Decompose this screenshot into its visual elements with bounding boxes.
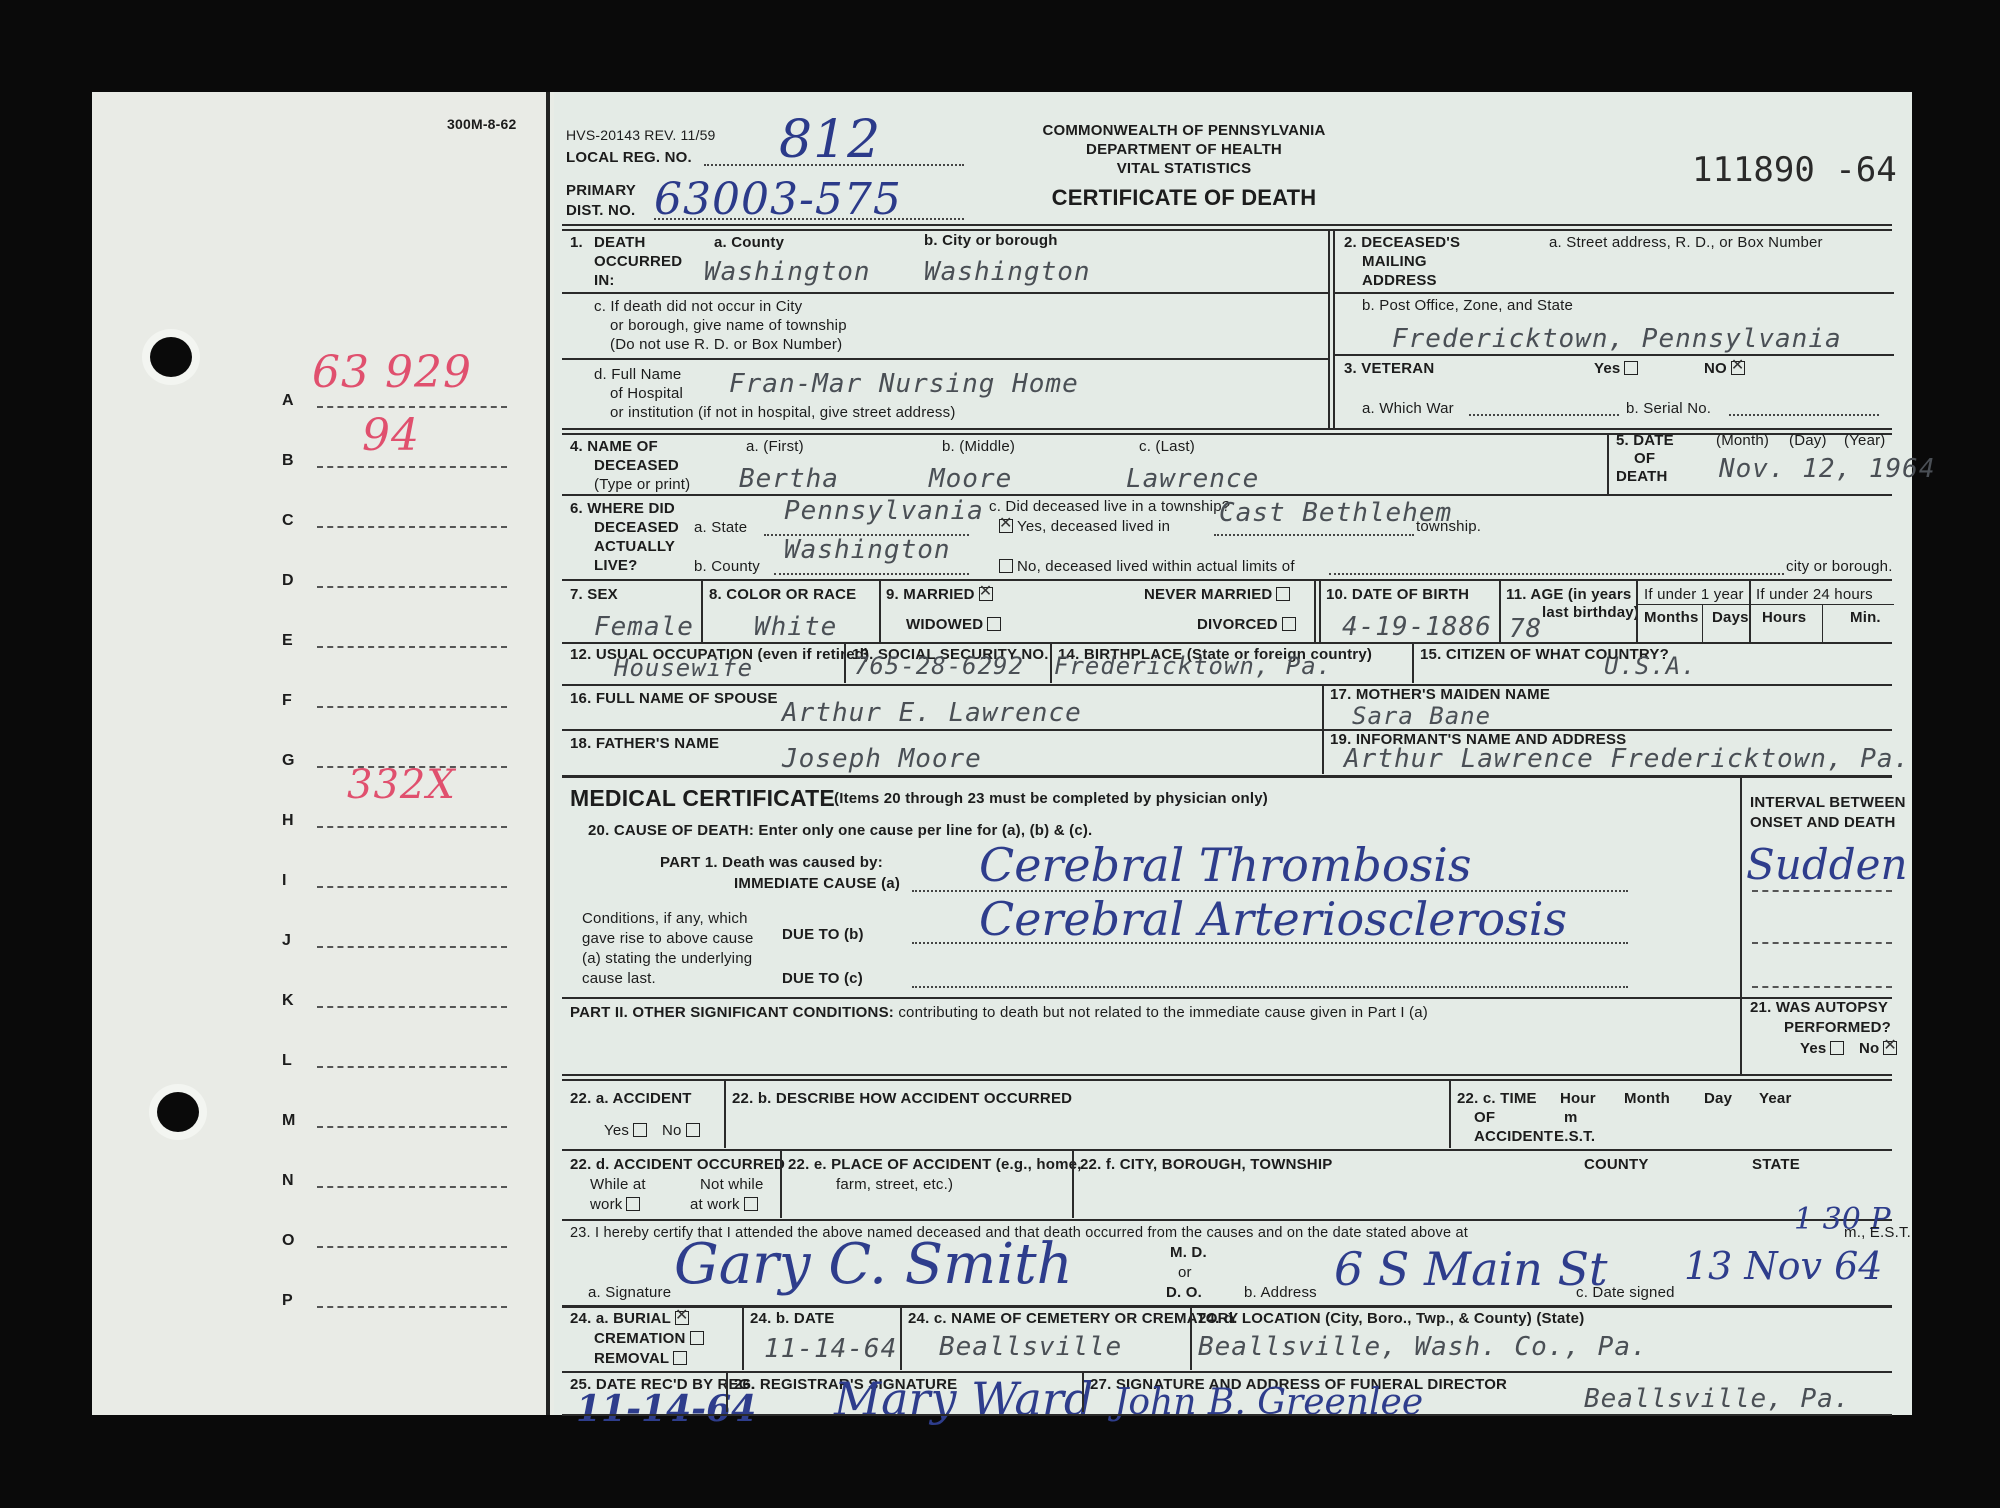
burial-date-value: 11-14-64: [764, 1334, 897, 1364]
accident-state-label: STATE: [1752, 1156, 1800, 1174]
middle-name-value: Moore: [929, 464, 1012, 494]
stub-letter-k: K: [282, 992, 302, 1010]
index-stub: 300M-8-62 ABCDEFGHIJKLMNOP 63 929 94 332…: [92, 92, 550, 1415]
while-at-work-checkbox[interactable]: [626, 1197, 640, 1211]
accident-no[interactable]: No: [662, 1122, 700, 1140]
veteran-label: 3. VETERAN: [1344, 360, 1434, 378]
physician-signature: Gary C. Smith: [674, 1232, 1073, 1297]
township-yes-checkbox[interactable]: [999, 519, 1013, 533]
not-while-label: Not while: [700, 1176, 764, 1194]
interval-value: Sudden: [1746, 840, 1908, 889]
item2-label-2: MAILING: [1362, 253, 1427, 271]
date-received-value: 11-14-64: [576, 1388, 756, 1430]
time-suffix: m., E.S.T.: [1844, 1224, 1911, 1242]
form-number: HVS-20143 REV. 11/59: [566, 127, 716, 144]
immediate-cause-value: Cerebral Thrombosis: [979, 838, 1472, 892]
township-no[interactable]: No, deceased lived within actual limits …: [999, 558, 1295, 576]
city-label: b. City or borough: [924, 232, 1058, 250]
stub-annotation-gh: 332X: [347, 762, 456, 808]
item1-label-2: OCCURRED: [594, 253, 682, 271]
autopsy-yes-checkbox[interactable]: [1830, 1041, 1844, 1055]
removal-option[interactable]: REMOVAL: [594, 1350, 687, 1368]
death-county-value: Washington: [704, 257, 871, 287]
married-checkbox[interactable]: [979, 587, 993, 601]
certificate-title: CERTIFICATE OF DEATH: [974, 185, 1394, 211]
stub-letter-m: M: [282, 1112, 302, 1130]
item1-label-3: IN:: [594, 272, 615, 290]
item2-label: 2. DECEASED'S: [1344, 234, 1460, 252]
middle-name-label: b. (Middle): [942, 438, 1015, 456]
burial-checkbox[interactable]: [675, 1311, 689, 1325]
accident-time-label: 22. c. TIME: [1457, 1090, 1537, 1108]
age-value: 78: [1509, 614, 1542, 644]
serial-label: b. Serial No.: [1626, 400, 1711, 418]
township-instr-1: c. If death did not occur in City: [594, 298, 802, 316]
married-option[interactable]: 9. MARRIED: [886, 586, 993, 604]
autopsy-no[interactable]: No: [1859, 1040, 1897, 1058]
city-suffix: city or borough.: [1786, 558, 1893, 576]
conditions-text-2: gave rise to above cause: [582, 930, 754, 948]
mother-maiden-value: Sara Bane: [1352, 702, 1491, 730]
stub-letter-f: F: [282, 692, 302, 710]
cemetery-value: Beallsville: [939, 1332, 1122, 1362]
accident-time-label-3: ACCIDENT: [1474, 1128, 1553, 1146]
punch-hole-bottom: [157, 1092, 199, 1132]
removal-checkbox[interactable]: [673, 1351, 687, 1365]
or-label: or: [1178, 1264, 1192, 1282]
due-to-b-label: DUE TO (b): [782, 926, 864, 944]
race-value: White: [754, 612, 837, 642]
accident-occurred-label: 22. d. ACCIDENT OCCURRED: [570, 1156, 785, 1174]
item1-num: 1.: [570, 234, 583, 252]
location-label: 24. d. LOCATION (City, Boro., Twp., & Co…: [1198, 1310, 1584, 1328]
stub-letter-n: N: [282, 1172, 302, 1190]
months-label: Months: [1644, 609, 1699, 627]
accident-hour-label: Hour: [1560, 1090, 1596, 1108]
part1-label: PART 1. Death was caused by:: [660, 854, 883, 872]
cremation-option[interactable]: CREMATION: [594, 1330, 704, 1348]
stub-entry-line: [317, 406, 507, 408]
place-of-accident-label-2: farm, street, etc.): [836, 1176, 953, 1194]
accident-est-label: E.S.T.: [1554, 1128, 1595, 1146]
widowed-option[interactable]: WIDOWED: [906, 616, 1001, 634]
accident-county-label: COUNTY: [1584, 1156, 1649, 1174]
hospital-label-1: d. Full Name: [594, 366, 681, 384]
hours-label: Hours: [1762, 609, 1806, 627]
father-label: 18. FATHER'S NAME: [570, 735, 719, 753]
autopsy-no-checkbox[interactable]: [1883, 1041, 1897, 1055]
stub-letter-e: E: [282, 632, 302, 650]
stub-entry-line: [317, 526, 507, 528]
min-label: Min.: [1850, 609, 1881, 627]
accident-m-label: m: [1564, 1109, 1578, 1127]
signature-label: a. Signature: [588, 1284, 671, 1302]
divorced-checkbox[interactable]: [1282, 617, 1296, 631]
immediate-cause-label: IMMEDIATE CAUSE (a): [734, 875, 900, 893]
death-certificate-form: HVS-20143 REV. 11/59 LOCAL REG. NO. 812 …: [554, 92, 1912, 1415]
veteran-yes-checkbox[interactable]: [1624, 361, 1638, 375]
days-label: Days: [1712, 609, 1749, 627]
do-label: D. O.: [1166, 1284, 1202, 1302]
ssn-value: 765-28-6292: [854, 652, 1024, 680]
post-office-label: b. Post Office, Zone, and State: [1362, 297, 1573, 315]
township-suffix: township.: [1416, 518, 1481, 536]
part2-label: PART II. OTHER SIGNIFICANT CONDITIONS: c…: [570, 1004, 1428, 1022]
item2-label-3: ADDRESS: [1362, 272, 1437, 290]
cremation-checkbox[interactable]: [690, 1331, 704, 1345]
under-year-label: If under 1 year: [1644, 586, 1744, 604]
item5-label-3: DEATH: [1616, 468, 1668, 486]
never-married-checkbox[interactable]: [1276, 587, 1290, 601]
hospital-value: Fran-Mar Nursing Home: [729, 369, 1079, 399]
primary-dist-value: 63003-575: [654, 174, 902, 225]
date-signed-value: 13 Nov 64: [1684, 1244, 1882, 1288]
birthplace-value: Fredericktown, Pa.: [1054, 652, 1332, 680]
sex-value: Female: [594, 612, 694, 642]
item4-label-3: (Type or print): [594, 476, 690, 494]
punch-hole-top: [150, 337, 192, 377]
accident-label: 22. a. ACCIDENT: [570, 1090, 692, 1108]
md-label: M. D.: [1170, 1244, 1207, 1262]
last-name-label: c. (Last): [1139, 438, 1195, 456]
burial-date-label: 24. b. DATE: [750, 1310, 834, 1328]
under-24-label: If under 24 hours: [1756, 586, 1873, 604]
while-at-work-option[interactable]: work: [590, 1196, 640, 1214]
stub-letter-c: C: [282, 512, 302, 530]
age-label: 11. AGE (in years: [1506, 586, 1631, 604]
accident-year-label: Year: [1759, 1090, 1792, 1108]
autopsy-yes[interactable]: Yes: [1800, 1040, 1844, 1058]
residence-county-value: Washington: [784, 535, 951, 565]
funeral-director-signature: John B. Greenlee: [1114, 1382, 1423, 1423]
stub-letter-o: O: [282, 1232, 302, 1250]
dob-value: 4-19-1886: [1342, 612, 1492, 642]
certificate-number: 111890 -64: [1692, 150, 1897, 190]
war-label: a. Which War: [1362, 400, 1454, 418]
item5-label: 5. DATE: [1616, 432, 1674, 450]
item6-label-2: DECEASED: [594, 519, 679, 537]
medical-certificate-subtitle: (Items 20 through 23 must be completed b…: [834, 790, 1268, 808]
location-value: Beallsville, Wash. Co., Pa.: [1198, 1332, 1648, 1362]
conditions-text-3: (a) stating the underlying: [582, 950, 752, 968]
accident-time-label-2: OF: [1474, 1109, 1495, 1127]
stub-entry-line: [317, 1006, 507, 1008]
cemetery-label: 24. c. NAME OF CEMETERY OR CREMATORY: [908, 1310, 1238, 1328]
burial-option[interactable]: 24. a. BURIAL: [570, 1310, 689, 1328]
spouse-label: 16. FULL NAME OF SPOUSE: [570, 690, 778, 708]
stub-entry-line: [317, 946, 507, 948]
stub-entry-line: [317, 886, 507, 888]
year-label: (Year): [1844, 432, 1886, 450]
father-value: Joseph Moore: [782, 744, 982, 774]
township-instr-2: or borough, give name of township: [610, 317, 847, 335]
veteran-no[interactable]: NO: [1704, 360, 1745, 378]
accident-describe-label: 22. b. DESCRIBE HOW ACCIDENT OCCURRED: [732, 1090, 1072, 1108]
accident-month-label: Month: [1624, 1090, 1670, 1108]
stub-letter-i: I: [282, 872, 302, 890]
stub-letter-l: L: [282, 1052, 302, 1070]
veteran-yes[interactable]: Yes: [1594, 360, 1638, 378]
not-at-work-option[interactable]: at work: [690, 1196, 758, 1214]
township-yes[interactable]: Yes, deceased lived in: [999, 518, 1170, 536]
stub-letter-g: G: [282, 752, 302, 770]
item6-label-4: LIVE?: [594, 557, 638, 575]
physician-address-value: 6 S Main St: [1334, 1242, 1608, 1296]
street-label: a. Street address, R. D., or Box Number: [1549, 234, 1823, 252]
post-office-value: Fredericktown, Pennsylvania: [1392, 324, 1842, 354]
conditions-text-4: cause last.: [582, 970, 656, 988]
due-to-b-value: Cerebral Arteriosclerosis: [979, 892, 1567, 946]
stub-entry-line: [317, 1246, 507, 1248]
stub-entry-line: [317, 466, 507, 468]
township-question: c. Did deceased live in a township?: [989, 498, 1230, 516]
accident-city-label: 22. f. CITY, BOROUGH, TOWNSHIP: [1080, 1156, 1332, 1174]
item5-label-2: OF: [1634, 450, 1655, 468]
residence-state-value: Pennsylvania: [784, 496, 984, 526]
medical-certificate-title: MEDICAL CERTIFICATE: [570, 784, 835, 812]
item6-label-3: ACTUALLY: [594, 538, 675, 556]
death-city-value: Washington: [924, 257, 1091, 287]
local-reg-value: 812: [779, 110, 881, 170]
stub-entry-line: [317, 826, 507, 828]
accident-day-label: Day: [1704, 1090, 1732, 1108]
stub-entry-line: [317, 1306, 507, 1308]
stub-entry-line: [317, 646, 507, 648]
date-signed-label: c. Date signed: [1576, 1284, 1675, 1302]
conditions-text-1: Conditions, if any, which: [582, 910, 748, 928]
stub-annotation-a: 63 929: [312, 347, 472, 398]
physician-address-label: b. Address: [1244, 1284, 1317, 1302]
autopsy-label-2: PERFORMED?: [1784, 1019, 1891, 1037]
form-code: 300M-8-62: [447, 116, 517, 133]
stub-letter-p: P: [282, 1292, 302, 1310]
stub-entry-line: [317, 706, 507, 708]
not-at-work-checkbox[interactable]: [744, 1197, 758, 1211]
hospital-label-3: or institution (if not in hospital, give…: [610, 404, 956, 422]
township-instr-3: (Do not use R. D. or Box Number): [610, 336, 842, 354]
date-of-death-value: Nov. 12, 1964: [1719, 454, 1936, 484]
stub-letter-b: B: [282, 452, 302, 470]
place-of-accident-label: 22. e. PLACE OF ACCIDENT (e.g., home,: [788, 1156, 1082, 1174]
stub-letter-a: A: [282, 392, 302, 410]
citizenship-value: U.S.A.: [1604, 652, 1697, 680]
stub-entry-line: [317, 1126, 507, 1128]
first-name-value: Bertha: [739, 464, 839, 494]
item4-label: 4. NAME OF: [570, 438, 658, 456]
agency-line-1: COMMONWEALTH OF PENNSYLVANIA: [974, 122, 1394, 140]
age-label-2: last birthday): [1542, 604, 1639, 622]
township-no-checkbox[interactable]: [999, 559, 1013, 573]
last-name-value: Lawrence: [1126, 464, 1259, 494]
month-label: (Month): [1716, 432, 1769, 450]
item6-label: 6. WHERE DID: [570, 500, 675, 518]
informant-value: Arthur Lawrence Fredericktown, Pa.: [1344, 744, 1910, 774]
primary-dist-label-2: DIST. NO.: [566, 202, 635, 220]
due-to-c-label: DUE TO (c): [782, 970, 863, 988]
local-reg-label: LOCAL REG. NO.: [566, 149, 692, 167]
widowed-checkbox[interactable]: [987, 617, 1001, 631]
stub-annotation-b: 94: [362, 410, 420, 461]
accident-no-checkbox[interactable]: [686, 1123, 700, 1137]
sex-label: 7. SEX: [570, 586, 618, 604]
stub-letter-d: D: [282, 572, 302, 590]
item4-label-2: DECEASED: [594, 457, 679, 475]
hospital-label-2: of Hospital: [610, 385, 683, 403]
funeral-director-address: Beallsville, Pa.: [1584, 1384, 1850, 1414]
first-name-label: a. (First): [746, 438, 804, 456]
veteran-no-checkbox[interactable]: [1731, 361, 1745, 375]
registrar-signature: Mary Ward: [834, 1372, 1093, 1426]
dob-label: 10. DATE OF BIRTH: [1326, 586, 1469, 604]
accident-yes[interactable]: Yes: [604, 1122, 647, 1140]
accident-yes-checkbox[interactable]: [633, 1123, 647, 1137]
stub-entry-line: [317, 1186, 507, 1188]
certificate-paper: 300M-8-62 ABCDEFGHIJKLMNOP 63 929 94 332…: [92, 92, 1912, 1415]
never-married-option[interactable]: NEVER MARRIED: [1144, 586, 1290, 604]
while-at-label: While at: [590, 1176, 646, 1194]
item1-label: DEATH: [594, 234, 646, 252]
agency-line-3: VITAL STATISTICS: [974, 160, 1394, 178]
interval-label-1: INTERVAL BETWEEN: [1750, 794, 1895, 812]
autopsy-label: 21. WAS AUTOPSY: [1750, 999, 1888, 1017]
stub-letter-h: H: [282, 812, 302, 830]
stub-letter-j: J: [282, 932, 302, 950]
day-label: (Day): [1789, 432, 1827, 450]
interval-label-2: ONSET AND DEATH: [1750, 814, 1895, 832]
stub-entry-line: [317, 1066, 507, 1068]
residence-state-label: a. State: [694, 519, 747, 537]
primary-dist-label: PRIMARY: [566, 182, 636, 200]
county-label: a. County: [714, 234, 784, 252]
race-label: 8. COLOR OR RACE: [709, 586, 856, 604]
stub-entry-line: [317, 586, 507, 588]
residence-county-label: b. County: [694, 558, 760, 576]
occupation-value: Housewife: [614, 654, 753, 682]
agency-line-2: DEPARTMENT OF HEALTH: [974, 141, 1394, 159]
spouse-value: Arthur E. Lawrence: [782, 698, 1082, 728]
divorced-option[interactable]: DIVORCED: [1197, 616, 1296, 634]
